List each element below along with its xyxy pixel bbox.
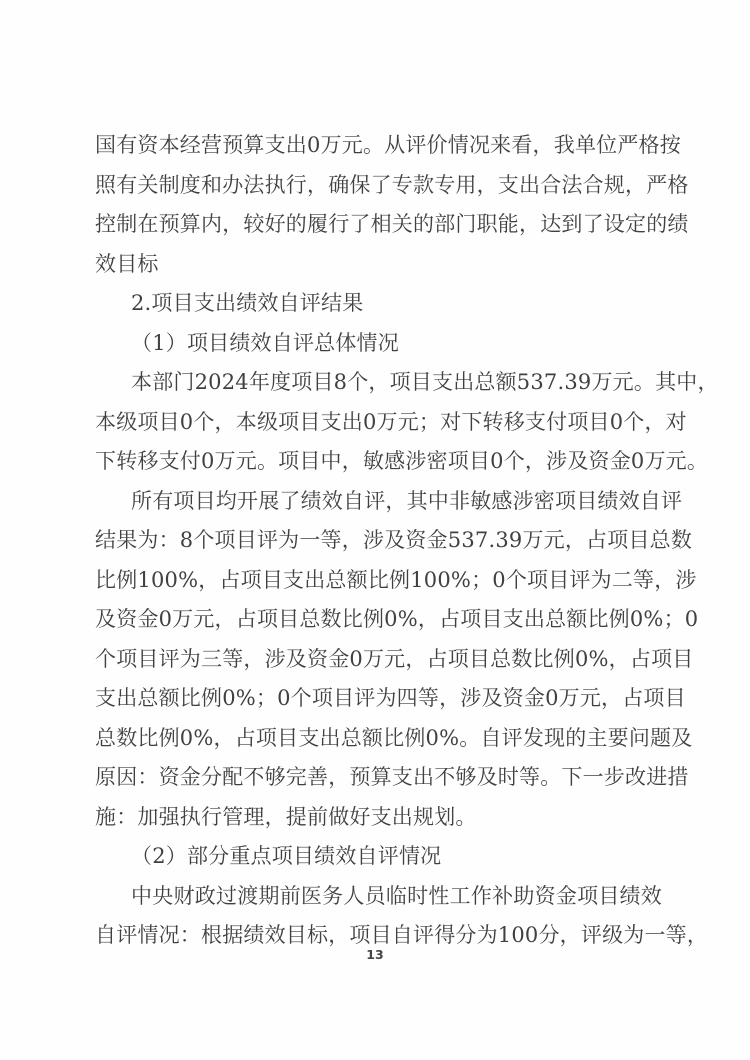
text-line: 控制在预算内，较好的履行了相关的部门职能，达到了设定的绩 (95, 205, 662, 245)
text-line: 本级项目0个，本级项目支出0万元；对下转移支付项目0个，对 (95, 403, 662, 443)
text-line: 所有项目均开展了绩效自评，其中非敏感涉密项目绩效自评 (95, 482, 662, 522)
text-line: 国有资本经营预算支出0万元。从评价情况来看，我单位严格按 (95, 126, 662, 166)
text-line: （2）部分重点项目绩效自评情况 (95, 837, 662, 877)
text-line: 支出总额比例0%；0个项目评为四等，涉及资金0万元，占项目 (95, 679, 662, 719)
text-line: 2.项目支出绩效自评结果 (95, 284, 662, 324)
text-line: 本部门2024年度项目8个，项目支出总额537.39万元。其中， (95, 363, 662, 403)
text-line: （1）项目绩效自评总体情况 (95, 324, 662, 364)
document-page: 国有资本经营预算支出0万元。从评价情况来看，我单位严格按照有关制度和办法执行，确… (0, 0, 750, 1060)
document-body: 国有资本经营预算支出0万元。从评价情况来看，我单位严格按照有关制度和办法执行，确… (95, 126, 662, 956)
text-line: 施：加强执行管理，提前做好支出规划。 (95, 798, 662, 838)
text-line: 比例100%，占项目支出总额比例100%；0个项目评为二等，涉 (95, 561, 662, 601)
page-number: 13 (0, 947, 750, 962)
text-line: 照有关制度和办法执行，确保了专款专用，支出合法合规，严格 (95, 166, 662, 206)
text-line: 及资金0万元，占项目总数比例0%，占项目支出总额比例0%；0 (95, 600, 662, 640)
text-line: 结果为：8个项目评为一等，涉及资金537.39万元，占项目总数 (95, 521, 662, 561)
text-line: 下转移支付0万元。项目中，敏感涉密项目0个，涉及资金0万元。 (95, 442, 662, 482)
text-line: 效目标 (95, 245, 662, 285)
text-line: 个项目评为三等，涉及资金0万元，占项目总数比例0%，占项目 (95, 640, 662, 680)
text-line: 中央财政过渡期前医务人员临时性工作补助资金项目绩效 (95, 877, 662, 917)
text-line: 原因：资金分配不够完善，预算支出不够及时等。下一步改进措 (95, 758, 662, 798)
text-line: 总数比例0%，占项目支出总额比例0%。自评发现的主要问题及 (95, 719, 662, 759)
